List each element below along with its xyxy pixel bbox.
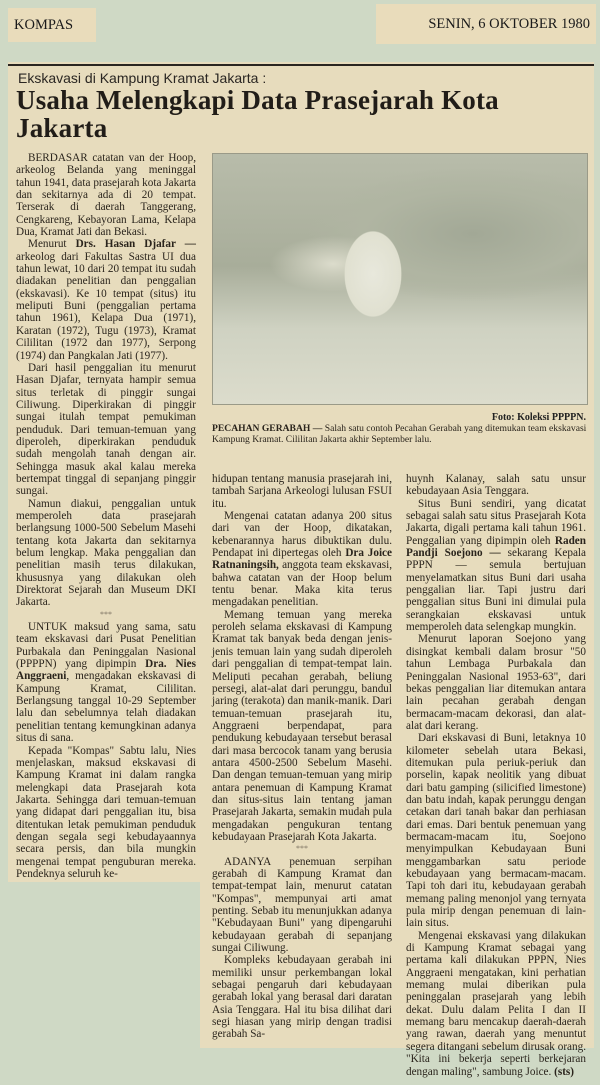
paragraph: Menurut Drs. Hasan Djafar — arkeolog dar… (16, 238, 196, 361)
newspaper-name: KOMPAS (8, 8, 96, 42)
paragraph: UNTUK maksud yang sama, satu team ekskav… (16, 621, 196, 744)
paragraph: Menurut laporan Soejono yang disingkat k… (406, 633, 586, 732)
section-separator: *** (16, 609, 196, 621)
paragraph: Kepada "Kompas" Sabtu lalu, Nies menjela… (16, 745, 196, 881)
paragraph: BERDASAR catatan van der Hoop, arkeolog … (16, 152, 196, 238)
paragraph: ADANYA penemuan serpihan gerabah di Kamp… (212, 856, 392, 955)
photo-caption: PECAHAN GERABAH — Salah satu contoh Peca… (212, 423, 590, 445)
paragraph: Dari hasil penggalian itu menurut Hasan … (16, 362, 196, 498)
paragraph: Situs Buni sendiri, yang dicatat sebagai… (406, 498, 586, 634)
paragraph: Mengenai catatan adanya 200 situs dari v… (212, 510, 392, 609)
photo-pottery-shard (212, 153, 588, 405)
paragraph: Memang temuan yang mereka peroleh selama… (212, 609, 392, 844)
section-separator: *** (212, 843, 392, 855)
top-rule (8, 64, 594, 66)
photo-credit: Foto: Koleksi PPPPN. (212, 412, 586, 423)
article-kicker: Ekskavasi di Kampung Kramat Jakarta : (18, 70, 266, 86)
paragraph: Mengenai ekskavasi yang dilakukan di Kam… (406, 930, 586, 1078)
name-hasan-djafar: Drs. Hasan Djafar — (76, 238, 196, 250)
author-initials: (sts) (554, 1066, 574, 1078)
article-headline: Usaha Melengkapi Data Prasejarah Kota Ja… (16, 86, 516, 142)
paragraph: Namun diakui, penggalian untuk memperole… (16, 498, 196, 609)
column-2: hidupan tentang manusia prasejarah ini, … (212, 473, 392, 1041)
publication-date: SENIN, 6 OKTOBER 1980 (376, 4, 596, 44)
paragraph: Dari ekskavasi di Buni, letaknya 10 kilo… (406, 732, 586, 930)
caption-lead: PECAHAN GERABAH — (212, 423, 322, 434)
paragraph: hidupan tentang manusia prasejarah ini, … (212, 473, 392, 510)
column-3: huynh Kalanay, salah satu unsur kebudaya… (406, 473, 586, 1078)
paragraph: Kompleks kebudayaan gerabah ini memiliki… (212, 954, 392, 1040)
paragraph: huynh Kalanay, salah satu unsur kebudaya… (406, 473, 586, 498)
column-1: BERDASAR catatan van der Hoop, arkeolog … (16, 152, 196, 880)
